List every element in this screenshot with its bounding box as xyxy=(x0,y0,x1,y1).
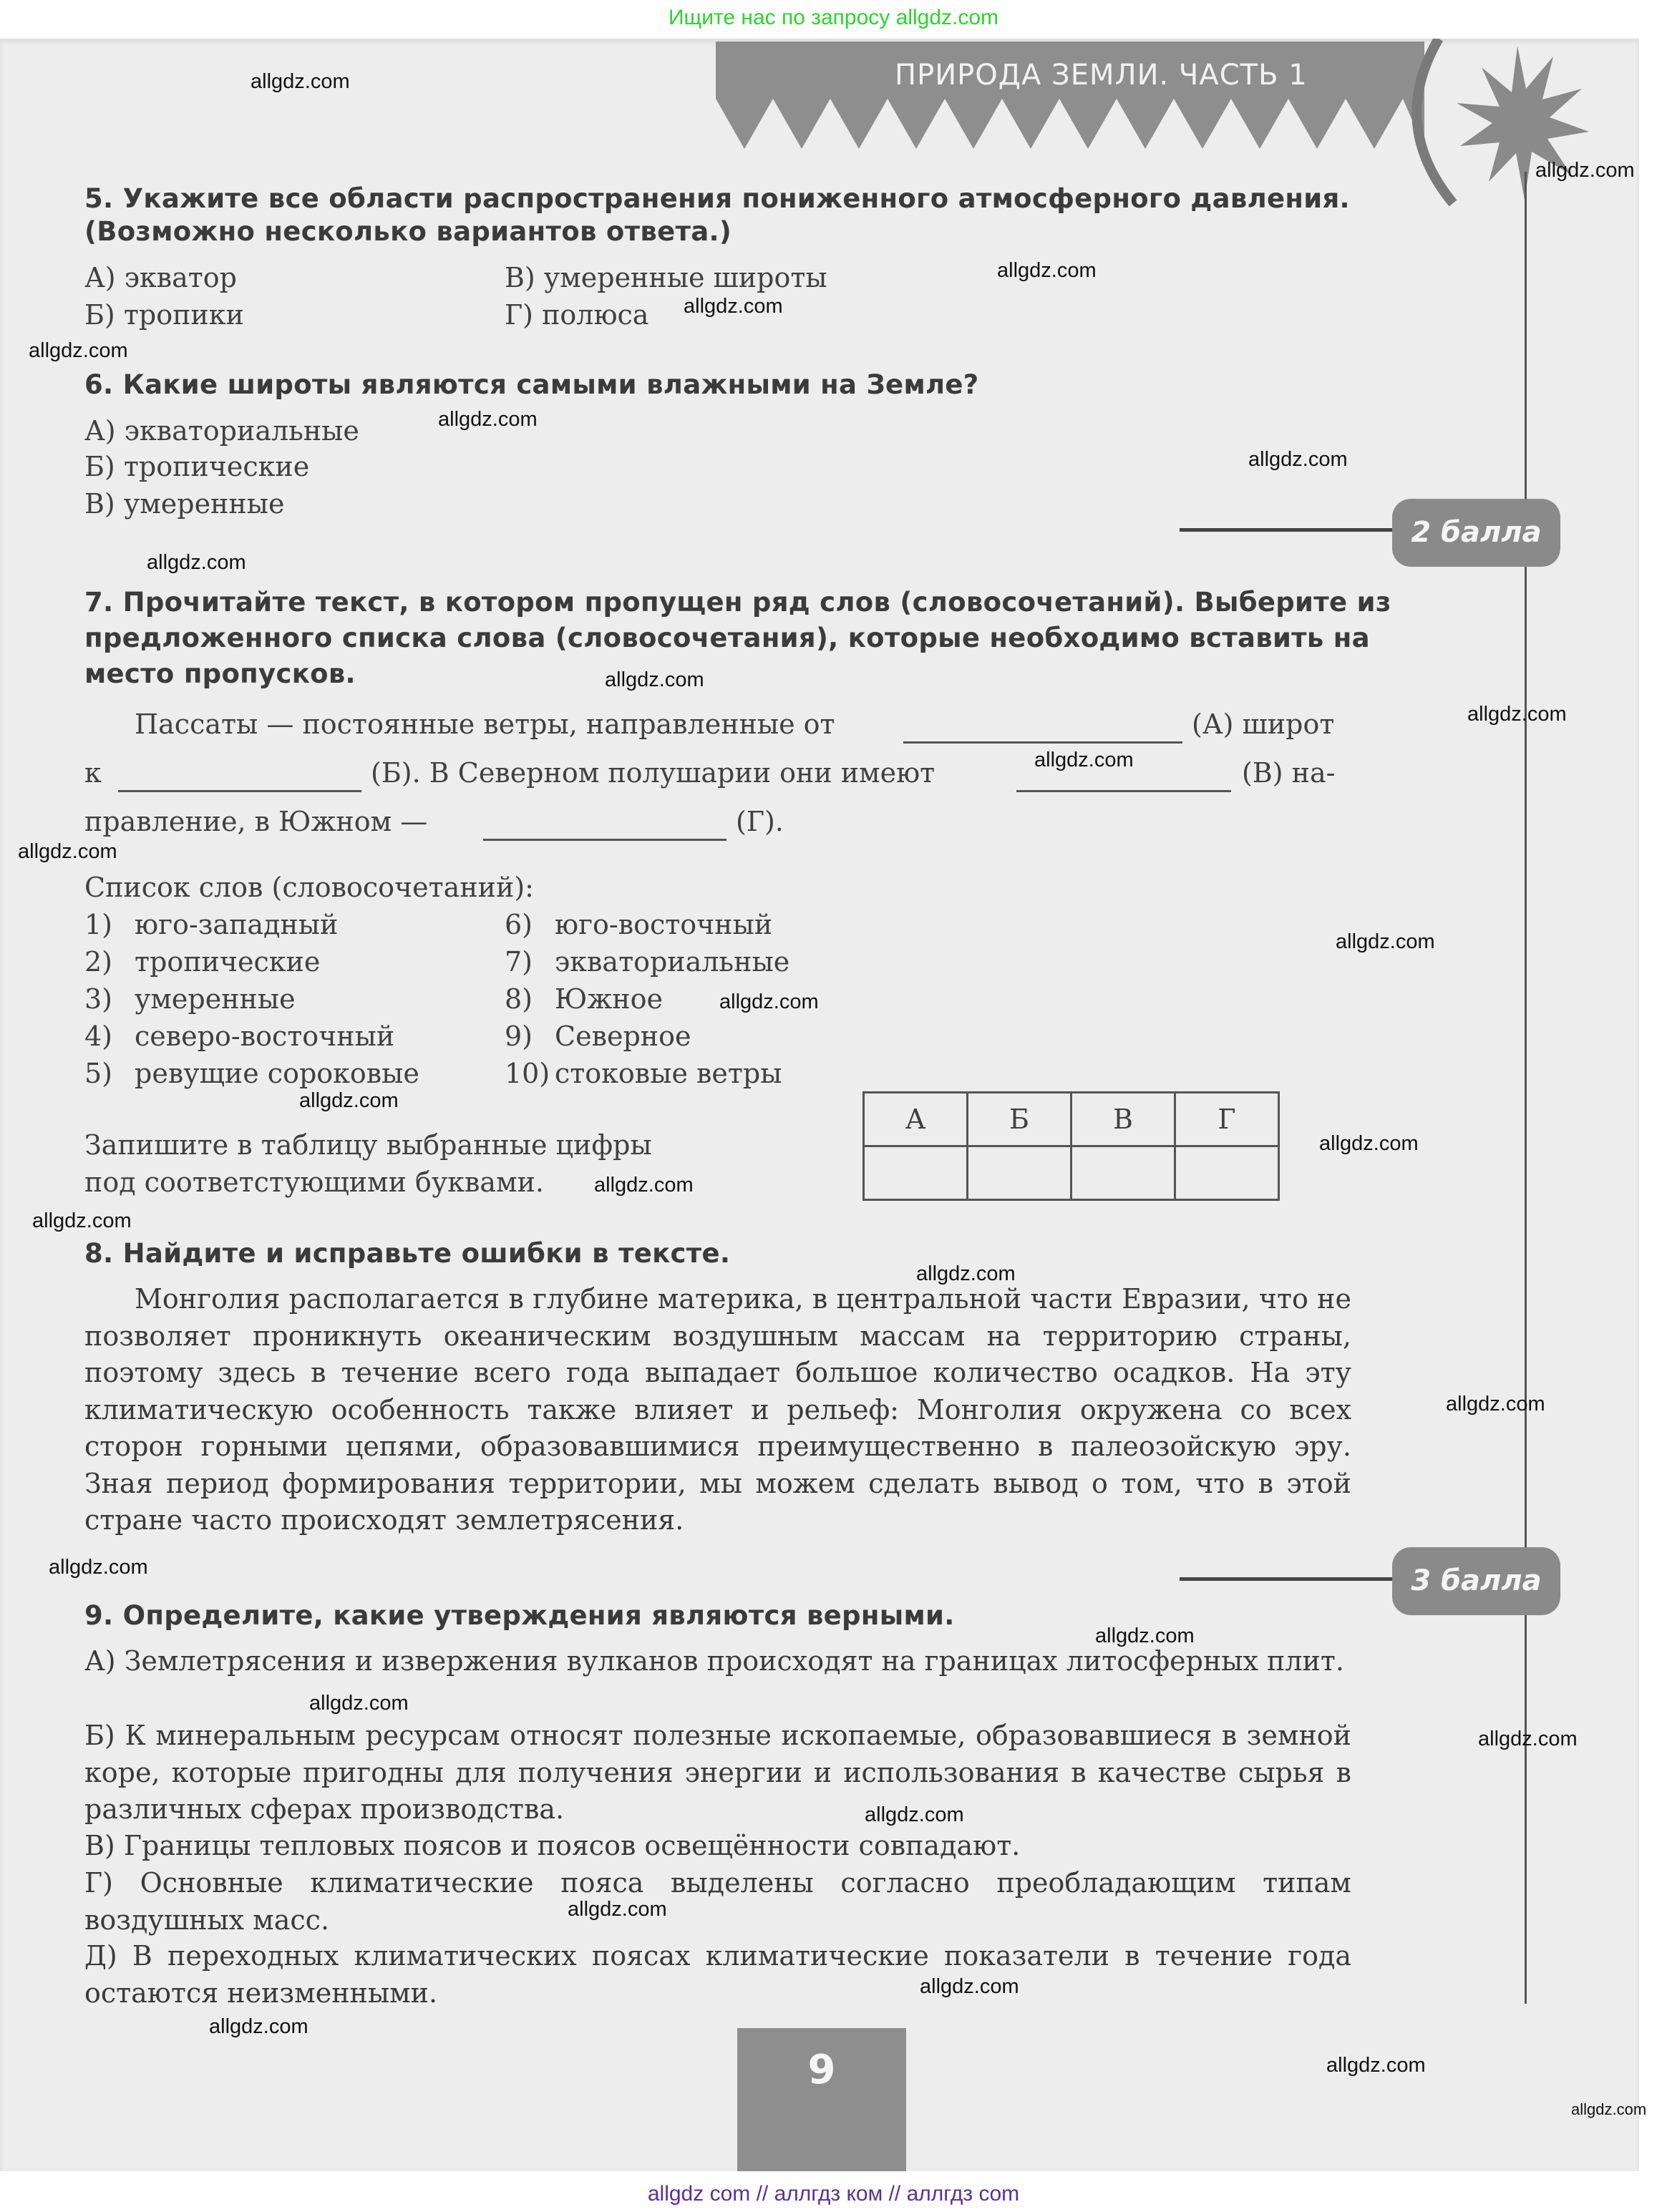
bottom-banner: allgdz com // аллгдз ком // аллгдз com xyxy=(0,2176,1667,2212)
watermark-text: allgdz.com xyxy=(997,259,1097,283)
watermark-text: allgdz.com xyxy=(568,1898,667,1921)
q7-text-d: (Г). xyxy=(736,803,784,840)
q7-text-c: (В) на- xyxy=(1242,754,1335,791)
q7-text-line-3: правление, в Южном — xyxy=(84,803,427,840)
answer-cell-g[interactable] xyxy=(1175,1146,1279,1200)
table-header-b: Б xyxy=(968,1093,1071,1146)
table-header-g: Г xyxy=(1175,1093,1279,1146)
word-list-item: 10)стоковые ветры xyxy=(505,1055,782,1092)
watermark-text: allgdz.com xyxy=(1034,749,1134,772)
watermark-text: allgdz.com xyxy=(32,1209,132,1233)
watermark-text: allgdz.com xyxy=(865,1803,964,1827)
q7-instruction-2: под соответстующими буквами. xyxy=(84,1164,544,1201)
chapter-title: ПРИРОДА ЗЕМЛИ. ЧАСТЬ 1 xyxy=(895,59,1396,92)
watermark-text: allgdz.com xyxy=(1467,703,1567,726)
watermark-text: allgdz.com xyxy=(1446,1393,1545,1416)
q9-statement-c: В) Границы тепловых поясов и поясов осве… xyxy=(84,1828,1351,1865)
answer-cell-v[interactable] xyxy=(1071,1146,1175,1200)
watermark-text: allgdz.com xyxy=(920,1975,1019,1999)
word-list-title: Список слов (словосочетаний): xyxy=(84,869,534,906)
header-band xyxy=(716,42,1467,149)
q8-text: Монголия располагается в глубине материк… xyxy=(84,1281,1351,1539)
answer-cell-a[interactable] xyxy=(864,1146,968,1200)
watermark-text: allgdz.com xyxy=(147,551,246,575)
q7-heading-3: место пропусков. xyxy=(84,656,356,693)
q5-option-b: Б) тропики xyxy=(84,296,244,333)
watermark-text: allgdz.com xyxy=(49,1556,148,1579)
watermark-text: allgdz.com xyxy=(684,295,783,318)
watermark-text: allgdz.com xyxy=(438,408,538,432)
watermark-text: allgdz.com xyxy=(1478,1728,1578,1751)
q9-statement-a: А) Землетрясения и извержения вулканов п… xyxy=(84,1643,1351,1680)
watermark-text: allgdz.com xyxy=(1319,1132,1419,1156)
sun-emblem-icon xyxy=(1396,39,1639,210)
word-list-item: 6)юго-восточный xyxy=(505,906,772,943)
q5-heading-2: (Возможно несколько вариантов ответа.) xyxy=(84,213,732,250)
q5-option-a: А) экватор xyxy=(84,259,237,296)
q9-heading: 9. Определите, какие утверждения являютс… xyxy=(84,1597,955,1634)
blank-a[interactable] xyxy=(903,720,1182,744)
word-list-item: 2)тропические xyxy=(84,943,320,980)
score-badge-3: 3 балла xyxy=(1392,1547,1560,1615)
q6-heading: 6. Какие широты являются самыми влажными… xyxy=(84,366,979,404)
word-list-item: 8)Южное xyxy=(505,980,663,1018)
watermark-text: allgdz.com xyxy=(916,1262,1016,1286)
watermark-text: allgdz.com xyxy=(1535,159,1635,182)
watermark-text: allgdz.com xyxy=(209,2015,308,2039)
q5-heading-1: 5. Укажите все области распространения п… xyxy=(84,180,1350,218)
watermark-text: allgdz.com xyxy=(309,1692,409,1715)
table-header-v: В xyxy=(1071,1093,1175,1146)
watermark-text: allgdz.com xyxy=(1095,1624,1195,1648)
blank-d[interactable] xyxy=(483,817,726,841)
q5-option-c: В) умеренные широты xyxy=(505,259,827,296)
q7-text-line-2: (Б). В Северном полушарии они имеют xyxy=(371,754,935,791)
word-list-item: 1)юго-западный xyxy=(84,906,338,943)
watermark-text: allgdz.com xyxy=(1248,448,1348,472)
q9-statement-e: Д) В переходных климатических поясах кли… xyxy=(84,1938,1351,2012)
answer-cell-b[interactable] xyxy=(968,1146,1071,1200)
q7-text-line-1: Пассаты — постоянные ветры, направленные… xyxy=(135,706,835,743)
word-list-item: 9)Северное xyxy=(505,1018,691,1055)
watermark-text: allgdz.com xyxy=(299,1089,399,1113)
word-list-item: 7)экваториальные xyxy=(505,943,789,980)
word-list-item: 5)ревущие сороковые xyxy=(84,1055,419,1092)
watermark-text: allgdz.com xyxy=(1336,930,1435,954)
q6-option-c: В) умеренные xyxy=(84,485,284,522)
q5-option-d: Г) полюса xyxy=(505,296,648,333)
q7-heading-2: предложенного списка слова (словосочетан… xyxy=(84,620,1370,657)
table-header-a: А xyxy=(864,1093,968,1146)
q7-text-k: к xyxy=(84,754,102,791)
score-badge-2: 2 балла xyxy=(1392,499,1560,567)
watermark-text: allgdz.com xyxy=(29,339,128,363)
q7-text-a: (А) широт xyxy=(1192,706,1334,743)
watermark-text: allgdz.com xyxy=(719,990,819,1014)
page-number: 9 xyxy=(737,2047,906,2093)
q9-statement-b: Б) К минеральным ресурсам относят полезн… xyxy=(84,1718,1351,1828)
q7-heading-1: 7. Прочитайте текст, в котором пропущен … xyxy=(84,584,1391,621)
watermark-text: allgdz.com xyxy=(18,840,117,864)
q7-instruction-1: Запишите в таблицу выбранные цифры xyxy=(84,1126,652,1164)
top-banner: Ищите нас по запросу allgdz.com xyxy=(0,0,1667,36)
q8-heading: 8. Найдите и исправьте ошибки в тексте. xyxy=(84,1235,730,1272)
watermark-text: allgdz.com xyxy=(1571,2100,1646,2119)
word-list-item: 4)северо-восточный xyxy=(84,1018,394,1055)
watermark-text: allgdz.com xyxy=(1326,2054,1426,2077)
answer-table: А Б В Г xyxy=(862,1091,1280,1201)
q6-option-a: А) экваториальные xyxy=(84,412,359,449)
q9-statement-d: Г) Основные климатические пояса выделены… xyxy=(84,1865,1351,1939)
q6-option-b: Б) тропические xyxy=(84,448,309,485)
watermark-text: allgdz.com xyxy=(251,70,350,94)
word-list-item: 3)умеренные xyxy=(84,980,296,1018)
score-line-2 xyxy=(1180,528,1401,532)
blank-b[interactable] xyxy=(118,769,361,792)
watermark-text: allgdz.com xyxy=(605,668,704,692)
watermark-text: allgdz.com xyxy=(594,1174,694,1197)
score-line-3 xyxy=(1180,1577,1401,1581)
